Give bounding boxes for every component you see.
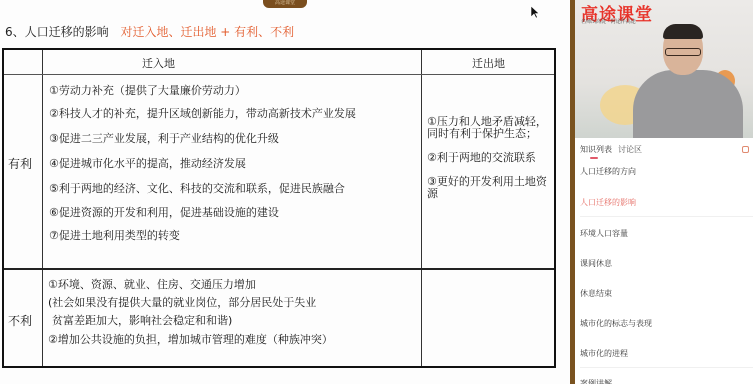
list-item: ⑦促进土地利用类型的转变 (49, 227, 180, 243)
brand-slogan: 名师出高徒 · 阿途伴高途 (581, 18, 636, 25)
header-out: 迁出地 (472, 55, 505, 71)
list-item: ⑥促进资源的开发和利用，促进基础设施的建设 (49, 204, 279, 220)
slide-title-main: 6、人口迁移的影响 (5, 25, 109, 39)
row-label-disadvantage: 不利 (8, 312, 32, 329)
list-item-migration-impact[interactable]: 人口迁移的影响 (580, 197, 636, 208)
migration-impact-table: 迁入地 迁出地 有利 ①劳动力补充（提供了大量廉价劳动力） ②科技人才的补充，提… (2, 48, 556, 368)
list-item-break-end[interactable]: 休息结束 (580, 288, 612, 299)
row-label-advantage: 有利 (8, 155, 32, 172)
list-item: ⑤利于两地的经济、文化、科技的交流和联系，促进民族融合 (49, 180, 345, 196)
mouse-cursor-icon (530, 5, 540, 19)
list-item: ①劳动力补充（提供了大量廉价劳动力） (49, 82, 246, 98)
collapse-icon[interactable] (742, 146, 749, 153)
header-in: 迁入地 (142, 55, 175, 71)
list-item: 贫富差距加大，影响社会稳定和和谐) (52, 312, 232, 328)
list-item: ②科技人才的补充，提升区域创新能力，带动高新技术产业发展 (49, 105, 356, 121)
tab-knowledge-list[interactable]: 知识列表 (580, 144, 612, 155)
panel-tabs: 知识列表 讨论区 (575, 138, 753, 160)
list-item-urbanization-process[interactable]: 城市化的进程 (580, 348, 628, 359)
slide-title-accent: 对迁入地、迁出地 + 有利、不利 (120, 25, 294, 39)
list-item: ①环境、资源、就业、住房、交通压力增加 (48, 276, 256, 292)
list-item-case-study[interactable]: 案例讲解 (580, 378, 612, 384)
column-divider-in-out (421, 50, 422, 366)
list-item-env-capacity[interactable]: 环境人口容量 (580, 228, 628, 239)
list-item: ③促进二三产业发展，利于产业结构的优化升级 (49, 130, 279, 146)
list-item-break[interactable]: 课间休息 (580, 258, 612, 269)
list-divider (580, 216, 753, 217)
list-item: ①压力和人地矛盾减轻，同时有利于保护生态； (427, 116, 557, 140)
slide-area: 高途课堂 6、人口迁移的影响 对迁入地、迁出地 + 有利、不利 迁入地 迁出地 … (0, 0, 570, 384)
row-divider (4, 268, 554, 270)
list-item: ④促进城市化水平的提高，推动经济发展 (49, 155, 246, 171)
list-item-urbanization-signs[interactable]: 城市化的标志与表现 (580, 318, 652, 329)
brand-tab: 高途课堂 (263, 0, 307, 8)
column-divider-label (42, 50, 43, 366)
slide-title: 6、人口迁移的影响 对迁入地、迁出地 + 有利、不利 (5, 23, 294, 40)
teacher-hair (663, 24, 703, 39)
list-item-migration-direction[interactable]: 人口迁移的方向 (580, 166, 636, 177)
header-row-divider (4, 74, 554, 75)
list-item: ③更好的开发利用土地资源 (427, 176, 557, 200)
teacher-body (633, 70, 743, 138)
list-item: (社会如果没有提供大量的就业岗位，部分居民处于失业 (48, 294, 316, 310)
active-tab-indicator (590, 157, 598, 159)
right-panel: 高途课堂 名师出高徒 · 阿途伴高途 知识列表 讨论区 人口迁移的方向 人口迁移… (575, 0, 753, 384)
teacher-video[interactable]: 高途课堂 名师出高徒 · 阿途伴高途 (575, 0, 753, 138)
list-item: ②利于两地的交流联系 (427, 152, 557, 164)
tab-discussion[interactable]: 讨论区 (618, 144, 642, 155)
list-item: ②增加公共设施的负担，增加城市管理的难度（种族冲突） (48, 331, 333, 347)
list-divider (580, 367, 753, 368)
teacher-glasses (665, 48, 701, 56)
